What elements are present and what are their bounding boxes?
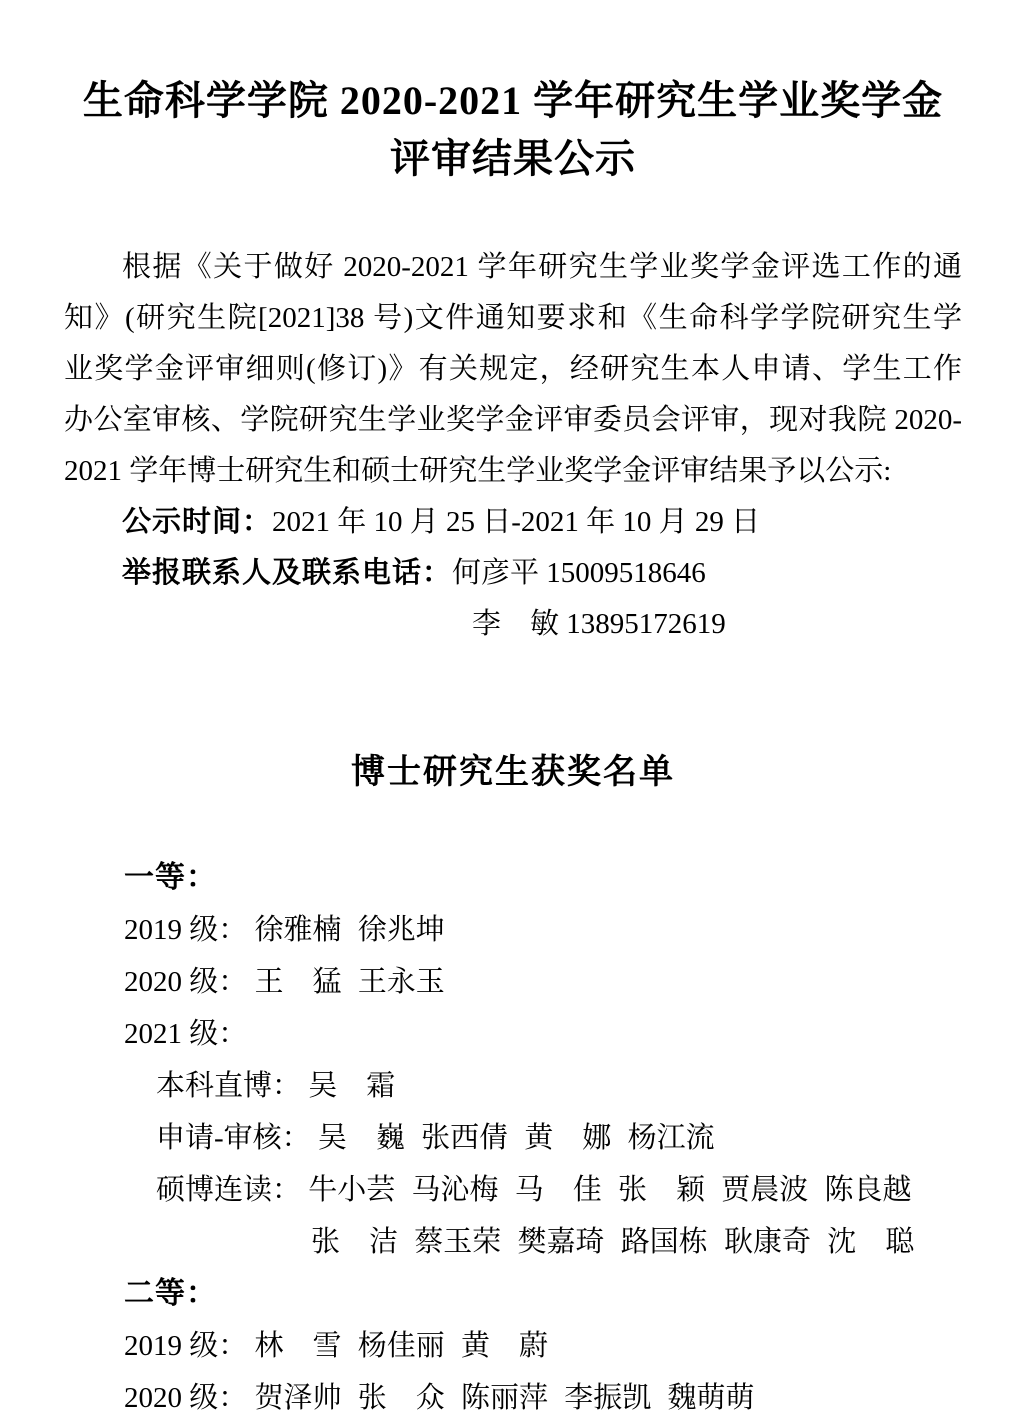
title-line-1: 生命科学学院 2020-2021 学年研究生学业奖学金: [64, 72, 962, 130]
intro-line: 业奖学金评审细则(修订)》有关规定，经研究生本人申请、学生工作: [64, 344, 962, 395]
report-contact-line: 举报联系人及联系电话：何彦平 15009518646: [64, 548, 962, 599]
cohort-label: 2021 级：: [124, 1018, 247, 1050]
second-class-label: 二等：: [124, 1268, 962, 1320]
doctoral-awards-heading: 博士研究生获奖名单: [64, 750, 962, 796]
award-row-first-2020: 2020 级： 王 猛 王永玉: [124, 956, 962, 1008]
document-page: 生命科学学院 2020-2021 学年研究生学业奖学金 评审结果公示 根据《关于…: [0, 0, 1024, 1427]
cohort-label: 2019 级：: [124, 1330, 247, 1362]
report-contact-line-2: 李 敏 13895172619: [64, 599, 962, 650]
award-row-shuobo-liandu: 硕博连读： 牛小芸 马沁梅 马 佳 张 颖 贾晨波 陈良越: [124, 1164, 962, 1216]
award-row-shuobo-liandu-continued: 张 洁 蔡玉荣 樊嘉琦 路国栋 耿康奇 沈 聪: [124, 1216, 962, 1268]
report-contact-label: 举报联系人及联系电话：: [122, 557, 452, 589]
awardee-names: 王 猛 王永玉: [255, 966, 445, 998]
cohort-label: 2020 级：: [124, 1382, 247, 1414]
intro-line: 知》(研究生院[2021]38 号)文件通知要求和《生命科学学院研究生学: [64, 293, 962, 344]
intro-line: 办公室审核、学院研究生学业奖学金评审委员会评审，现对我院 2020-: [64, 395, 962, 446]
track-label: 硕博连读：: [156, 1174, 301, 1206]
award-row-first-2021: 2021 级：: [124, 1008, 962, 1060]
notice-block: 公示时间：2021 年 10 月 25 日-2021 年 10 月 29 日 举…: [64, 497, 962, 650]
award-row-shenqing-shenhe: 申请-审核： 吴 巍 张西倩 黄 娜 杨江流: [124, 1112, 962, 1164]
award-row-first-2019: 2019 级： 徐雅楠 徐兆坤: [124, 904, 962, 956]
publicity-period-line: 公示时间：2021 年 10 月 25 日-2021 年 10 月 29 日: [64, 497, 962, 548]
page-title: 生命科学学院 2020-2021 学年研究生学业奖学金 评审结果公示: [64, 72, 962, 188]
cohort-label: 2019 级：: [124, 914, 247, 946]
report-contact-primary: 何彦平 15009518646: [452, 557, 706, 589]
title-line-2: 评审结果公示: [64, 130, 962, 188]
awardee-names: 牛小芸 马沁梅 马 佳 张 颖 贾晨波 陈良越: [308, 1174, 911, 1206]
track-label: 本科直博：: [156, 1070, 301, 1102]
intro-paragraph: 根据《关于做好 2020-2021 学年研究生学业奖学金评选工作的通 知》(研究…: [64, 242, 962, 497]
publicity-period-value: 2021 年 10 月 25 日-2021 年 10 月 29 日: [272, 506, 760, 538]
award-row-second-2020: 2020 级： 贺泽帅 张 众 陈丽萍 李振凯 魏萌萌: [124, 1372, 962, 1424]
award-row-benke-zhibo: 本科直博： 吴 霜: [124, 1060, 962, 1112]
intro-line: 根据《关于做好 2020-2021 学年研究生学业奖学金评选工作的通: [64, 242, 962, 293]
intro-line: 2021 学年博士研究生和硕士研究生学业奖学金评审结果予以公示:: [64, 446, 962, 497]
award-row-second-2019: 2019 级： 林 雪 杨佳丽 黄 蔚: [124, 1320, 962, 1372]
publicity-period-label: 公示时间：: [122, 506, 272, 538]
awardee-names: 张 洁 蔡玉荣 樊嘉琦 路国栋 耿康奇 沈 聪: [311, 1226, 914, 1258]
cohort-label: 2020 级：: [124, 966, 247, 998]
first-class-label: 一等：: [124, 852, 962, 904]
track-label: 申请-审核：: [156, 1122, 311, 1154]
awardee-names: 吴 巍 张西倩 黄 娜 杨江流: [318, 1122, 715, 1154]
awardee-names: 林 雪 杨佳丽 黄 蔚: [255, 1330, 549, 1362]
awardee-names: 贺泽帅 张 众 陈丽萍 李振凯 魏萌萌: [255, 1382, 755, 1414]
report-contact-secondary: 李 敏 13895172619: [472, 608, 726, 640]
doctoral-awards-list: 一等： 2019 级： 徐雅楠 徐兆坤 2020 级： 王 猛 王永玉 2021…: [64, 852, 962, 1424]
awardee-names: 吴 霜: [308, 1070, 395, 1102]
awardee-names: 徐雅楠 徐兆坤: [255, 914, 445, 946]
